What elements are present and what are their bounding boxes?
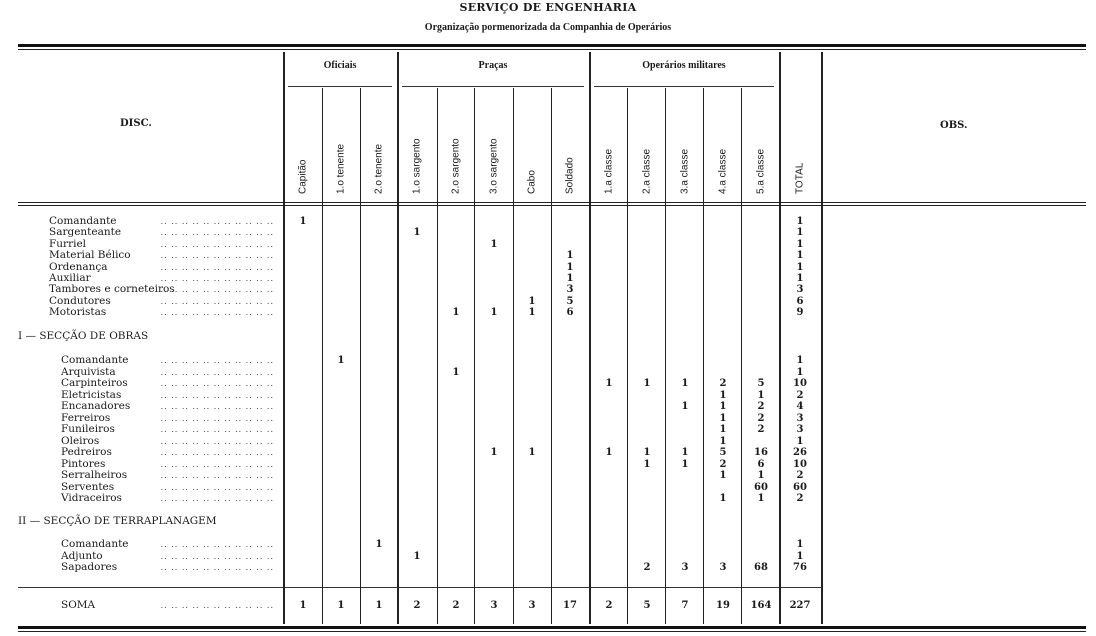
cell: 5 (551, 296, 589, 308)
cell: 1 (704, 493, 742, 505)
table-row: Serventes.. .. .. .. .. .. .. .. .. .. .… (0, 482, 830, 494)
cell: 1 (742, 390, 780, 402)
cell: 1 (628, 459, 666, 471)
cell: 76 (781, 562, 819, 574)
dot-leader: .. .. .. .. .. .. .. .. .. .. .. (140, 447, 274, 459)
dot-leader: .. .. .. .. .. .. .. .. .. .. .. (140, 378, 274, 390)
cell: 60 (742, 482, 780, 494)
colhead-3-sargento: 3.o sargento (475, 90, 513, 198)
colhead-label: TOTAL (795, 163, 806, 194)
cell: 3 (475, 600, 513, 612)
dot-leader: .. .. .. .. .. .. .. .. .. .. .. (140, 470, 274, 482)
group-operarios: Operários militares (589, 60, 779, 71)
cell: 10 (781, 378, 819, 390)
cell: 3 (513, 600, 551, 612)
table-row: Carpinteiros.. .. .. .. .. .. .. .. .. .… (0, 378, 830, 390)
cell: 2 (704, 378, 742, 390)
colhead-soldado: Soldado (551, 90, 589, 198)
cell: 1 (666, 401, 704, 413)
colhead-label: Capitão (298, 160, 309, 194)
table-row: Ordenança.. .. .. .. .. .. .. .. .. .. .… (0, 262, 830, 274)
soma-separator (18, 587, 821, 588)
top-rule-thin (18, 49, 1086, 50)
colhead-1-tenente: 1.o tenente (322, 90, 360, 198)
obs-header: OBS. (940, 120, 968, 131)
dot-leader: .. .. .. .. .. .. .. .. .. .. .. (140, 390, 274, 402)
cell: 1 (398, 227, 436, 239)
cell: 2 (628, 562, 666, 574)
colhead-label: 4.a classe (718, 149, 729, 194)
cell: 5 (742, 378, 780, 390)
cell: 1 (781, 367, 819, 379)
cell: 6 (551, 307, 589, 319)
cell: 2 (437, 600, 475, 612)
cell: 1 (475, 239, 513, 251)
cell: 3 (551, 284, 589, 296)
cell: 1 (513, 447, 551, 459)
colhead-4-classe: 4.a classe (704, 90, 742, 198)
cell: 1 (628, 447, 666, 459)
colhead-cabo: Cabo (513, 90, 551, 198)
colhead-label: 5.a classe (756, 149, 767, 194)
row-label: Carpinteiros (61, 378, 128, 390)
cell: 1 (704, 470, 742, 482)
cell: 1 (322, 355, 360, 367)
row-label: SOMA (61, 600, 95, 612)
row-label: Funileiros (61, 424, 115, 436)
cell: 1 (781, 551, 819, 563)
table-row: Sargenteante.. .. .. .. .. .. .. .. .. .… (0, 227, 830, 239)
row-label: Vidraceiros (61, 493, 122, 505)
colhead-label: 3.o sargento (489, 138, 500, 194)
dot-leader: .. .. .. .. .. .. .. .. .. .. .. (140, 367, 274, 379)
row-label: Material Bélico (49, 250, 131, 262)
cell: 1 (513, 307, 551, 319)
top-rule (18, 44, 1086, 47)
cell: 1 (360, 539, 398, 551)
table-row: Material Bélico.. .. .. .. .. .. .. .. .… (0, 250, 830, 262)
table-row: Tambores e corneteiros.. .. .. .. .. .. … (0, 284, 830, 296)
cell: 1 (666, 459, 704, 471)
colhead-2-sargento: 2.o sargento (437, 90, 475, 198)
table-row: Encanadores.. .. .. .. .. .. .. .. .. ..… (0, 401, 830, 413)
colhead-2-tenente: 2.o tenente (360, 90, 398, 198)
cell: 16 (742, 447, 780, 459)
colhead-label: 3.a classe (680, 149, 691, 194)
row-label: Encanadores (61, 401, 130, 413)
cell: 10 (781, 459, 819, 471)
dot-leader: .. .. .. .. .. .. .. .. .. .. .. (140, 482, 274, 494)
dot-leader: .. .. .. .. .. .. .. .. .. .. .. (140, 355, 274, 367)
cell: 1 (475, 447, 513, 459)
document-subtitle: Organização pormenorizada da Companhia d… (0, 22, 1096, 33)
cell: 1 (781, 436, 819, 448)
cell: 1 (551, 273, 589, 285)
cell: 1 (551, 262, 589, 274)
dot-leader: .. .. .. .. .. .. .. .. .. .. .. (140, 239, 274, 251)
dot-leader: .. .. .. .. .. .. .. .. .. .. .. (140, 600, 274, 612)
colhead-label: Cabo (527, 170, 538, 194)
dot-leader: .. .. .. .. .. .. .. .. .. .. .. (140, 539, 274, 551)
cell: 1 (781, 355, 819, 367)
dot-leader: .. .. .. .. .. .. .. .. .. .. .. (140, 413, 274, 425)
cell: 1 (781, 227, 819, 239)
cell: 2 (742, 413, 780, 425)
cell: 1 (475, 307, 513, 319)
cell: 1 (704, 436, 742, 448)
group-underline (402, 86, 584, 87)
cell: 1 (781, 239, 819, 251)
cell: 17 (551, 600, 589, 612)
dot-leader: .. .. .. .. .. .. .. .. .. .. .. (140, 424, 274, 436)
colhead-2-classe: 2.a classe (628, 90, 666, 198)
cell: 4 (781, 401, 819, 413)
dot-leader: .. .. .. .. .. .. .. .. .. .. .. (140, 227, 274, 239)
table-row: Comandante.. .. .. .. .. .. .. .. .. .. … (0, 355, 830, 367)
row-label: Comandante (61, 539, 129, 551)
row-label: Serralheiros (61, 470, 127, 482)
colhead-total: TOTAL (781, 90, 819, 198)
dot-leader: .. .. .. .. .. .. .. .. .. .. .. (140, 551, 274, 563)
colhead-label: 1.o sargento (412, 138, 423, 194)
cell: 2 (704, 459, 742, 471)
row-label: Motoristas (49, 307, 106, 319)
table-row: Condutores.. .. .. .. .. .. .. .. .. .. … (0, 296, 830, 308)
row-label: Pedreiros (61, 447, 112, 459)
header-rule (18, 202, 1086, 203)
section-title-obras: I — SECÇÃO DE OBRAS (18, 330, 148, 342)
cell: 7 (666, 600, 704, 612)
cell: 1 (284, 216, 322, 228)
soma-row: SOMA.. .. .. .. .. .. .. .. .. .. ..1112… (0, 600, 830, 612)
dot-leader: .. .. .. .. .. .. .. .. .. .. .. (140, 296, 274, 308)
cell: 1 (781, 539, 819, 551)
cell: 6 (742, 459, 780, 471)
cell: 6 (781, 296, 819, 308)
table-row: Adjunto.. .. .. .. .. .. .. .. .. .. ..1… (0, 551, 830, 563)
colhead-label: Soldado (565, 157, 576, 194)
cell: 1 (704, 390, 742, 402)
table-row: Serralheiros.. .. .. .. .. .. .. .. .. .… (0, 470, 830, 482)
colhead-1-classe: 1.a classe (590, 90, 628, 198)
bottom-rule (18, 626, 1086, 629)
cell: 2 (742, 424, 780, 436)
cell: 3 (781, 413, 819, 425)
table-row: Comandante.. .. .. .. .. .. .. .. .. .. … (0, 539, 830, 551)
colhead-label: 1.o tenente (336, 144, 347, 194)
table-row: Ferreiros.. .. .. .. .. .. .. .. .. .. .… (0, 413, 830, 425)
cell: 5 (628, 600, 666, 612)
table-row: Comandante.. .. .. .. .. .. .. .. .. .. … (0, 216, 830, 228)
cell: 1 (704, 413, 742, 425)
dot-leader: .. .. .. .. .. .. .. .. .. .. .. (140, 459, 274, 471)
dot-leader: .. .. .. .. .. .. .. .. .. .. .. (140, 250, 274, 262)
cell: 1 (781, 250, 819, 262)
cell: 1 (781, 273, 819, 285)
table-row: Motoristas.. .. .. .. .. .. .. .. .. .. … (0, 307, 830, 319)
cell: 2 (590, 600, 628, 612)
cell: 2 (742, 401, 780, 413)
cell: 1 (742, 470, 780, 482)
cell: 1 (590, 378, 628, 390)
dot-leader: .. .. .. .. .. .. .. .. .. .. .. (140, 307, 274, 319)
bottom-rule-thin (18, 631, 1086, 632)
cell: 1 (284, 600, 322, 612)
cell: 3 (781, 424, 819, 436)
colhead-capitao: Capitão (284, 90, 322, 198)
cell: 19 (704, 600, 742, 612)
cell: 1 (628, 378, 666, 390)
table-row: Oleiros.. .. .. .. .. .. .. .. .. .. ..1… (0, 436, 830, 448)
cell: 2 (781, 470, 819, 482)
cell: 1 (704, 401, 742, 413)
row-label: Comandante (61, 355, 129, 367)
cell: 60 (781, 482, 819, 494)
dot-leader: .. .. .. .. .. .. .. .. .. .. .. (140, 216, 274, 228)
header-rule-2 (18, 205, 1086, 206)
table-row: Sapadores.. .. .. .. .. .. .. .. .. .. .… (0, 562, 830, 574)
cell: 1 (742, 493, 780, 505)
cell: 3 (666, 562, 704, 574)
colhead-label: 1.a classe (604, 149, 615, 194)
cell: 3 (704, 562, 742, 574)
cell: 1 (781, 262, 819, 274)
cell: 1 (322, 600, 360, 612)
group-oficiais: Oficiais (283, 60, 397, 71)
dot-leader: .. .. .. .. .. .. .. .. .. .. .. (140, 262, 274, 274)
table-row: Funileiros.. .. .. .. .. .. .. .. .. .. … (0, 424, 830, 436)
row-label: Sapadores (61, 562, 117, 574)
dot-leader: .. .. .. .. .. .. .. .. .. .. .. (140, 493, 274, 505)
dot-leader: .. .. .. .. .. .. .. .. .. .. .. (140, 436, 274, 448)
document-title: SERVIÇO DE ENGENHARIA (0, 1, 1096, 14)
cell: 26 (781, 447, 819, 459)
cell: 1 (551, 250, 589, 262)
cell: 2 (781, 493, 819, 505)
cell: 1 (360, 600, 398, 612)
table-row: Vidraceiros.. .. .. .. .. .. .. .. .. ..… (0, 493, 830, 505)
cell: 1 (398, 551, 436, 563)
cell: 1 (513, 296, 551, 308)
cell: 227 (781, 600, 819, 612)
colhead-3-classe: 3.a classe (666, 90, 704, 198)
group-underline (594, 86, 774, 87)
dot-leader: .. .. .. .. .. .. .. .. .. .. .. (140, 562, 274, 574)
colhead-label: 2.o tenente (374, 144, 385, 194)
cell: 1 (704, 424, 742, 436)
colhead-label: 2.o sargento (451, 138, 462, 194)
colhead-1-sargento: 1.o sargento (398, 90, 436, 198)
cell: 68 (742, 562, 780, 574)
dot-leader: .. .. .. .. .. .. .. .. .. .. .. (140, 401, 274, 413)
table-row: Pedreiros.. .. .. .. .. .. .. .. .. .. .… (0, 447, 830, 459)
cell: 2 (781, 390, 819, 402)
cell: 1 (666, 378, 704, 390)
cell: 1 (437, 307, 475, 319)
group-pracas: Praças (397, 60, 589, 71)
cell: 3 (781, 284, 819, 296)
cell: 164 (742, 600, 780, 612)
cell: 1 (437, 367, 475, 379)
disc-header: DISC. (120, 118, 152, 129)
cell: 1 (590, 447, 628, 459)
section-title-terraplanagem: II — SECÇÃO DE TERRAPLANAGEM (18, 515, 217, 527)
group-underline (288, 86, 392, 87)
cell: 5 (704, 447, 742, 459)
cell: 9 (781, 307, 819, 319)
cell: 1 (781, 216, 819, 228)
cell: 2 (398, 600, 436, 612)
colhead-label: 2.a classe (642, 149, 653, 194)
colhead-5-classe: 5.a classe (742, 90, 780, 198)
dot-leader: .. .. .. .. .. .. .. .. .. .. .. (140, 284, 274, 296)
cell: 1 (666, 447, 704, 459)
